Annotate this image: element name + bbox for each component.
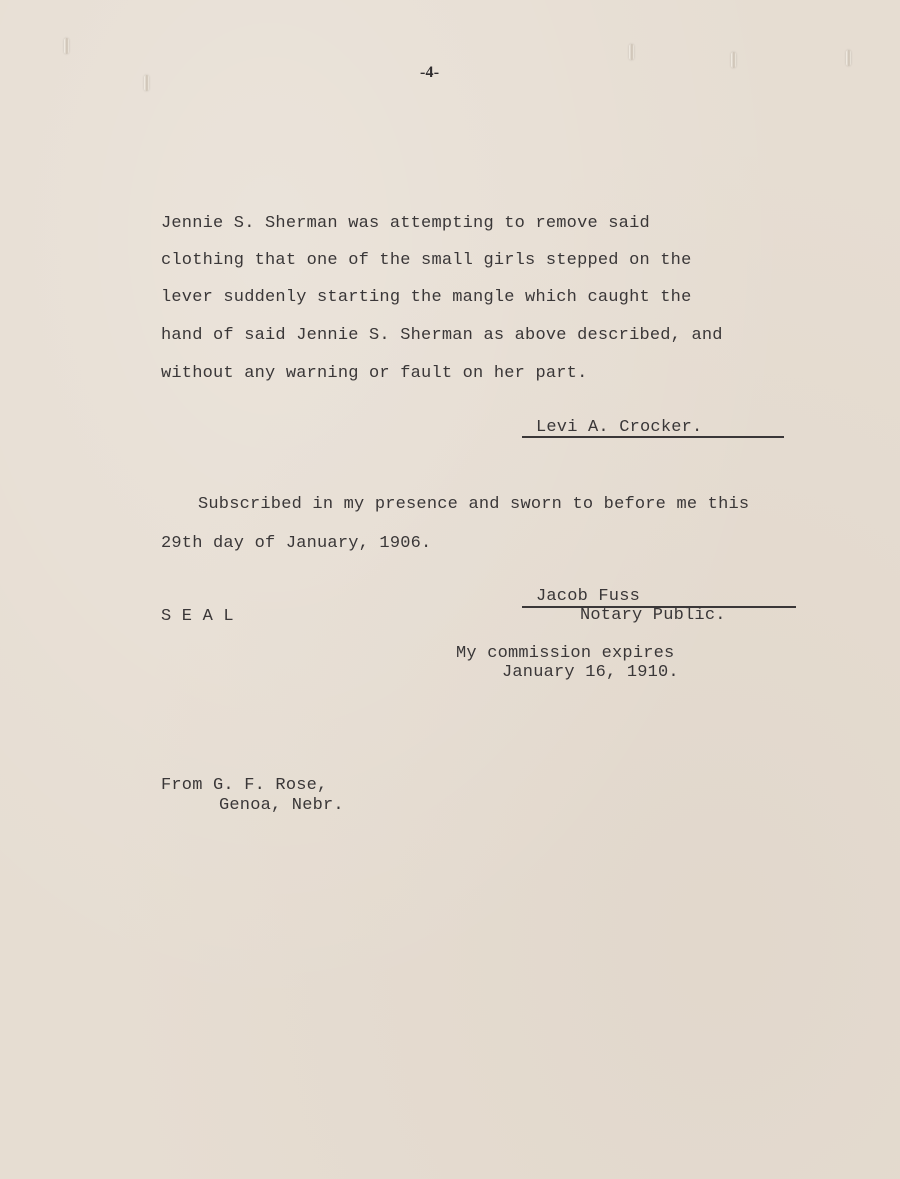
document-page: -4- Jennie S. Sherman was attempting to … [0,0,900,1179]
page-number: -4- [420,64,439,82]
body-line-3: lever suddenly starting the mangle which… [161,288,692,307]
notary-name: Jacob Fuss [536,587,640,606]
body-line-4: hand of said Jennie S. Sherman as above … [161,326,723,345]
staple-hole-mark [846,50,851,66]
jurat-line-1: Subscribed in my presence and sworn to b… [198,495,749,514]
affiant-signature: Levi A. Crocker. [536,418,702,437]
body-line-2: clothing that one of the small girls ste… [161,251,692,270]
notary-title: Notary Public. [580,606,726,625]
staple-hole-mark [731,52,736,68]
body-line-1: Jennie S. Sherman was attempting to remo… [161,214,650,233]
from-line-1: From G. F. Rose, [161,776,327,795]
body-line-5: without any warning or fault on her part… [161,364,587,383]
commission-expires-date: January 16, 1910. [502,663,679,682]
commission-expires-label: My commission expires [456,644,674,663]
jurat-line-2: 29th day of January, 1906. [161,534,431,553]
staple-hole-mark [144,75,149,91]
seal-label: S E A L [161,607,234,626]
from-line-2: Genoa, Nebr. [219,796,344,815]
staple-hole-mark [64,38,69,54]
staple-hole-mark [629,44,634,60]
